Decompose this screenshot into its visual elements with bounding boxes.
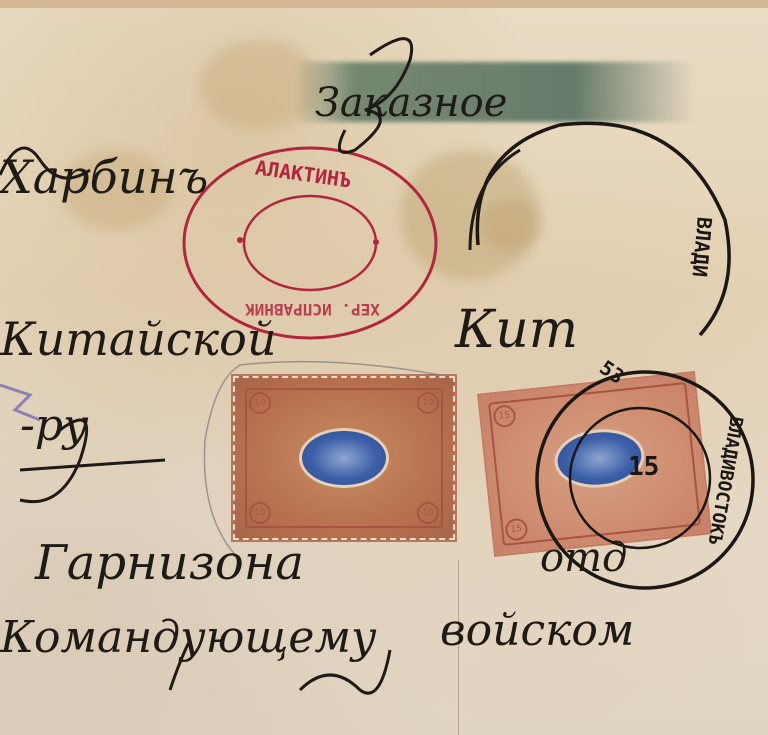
- postal-cover: 10 10 10 10 15 15 Заказное Харбинъ: [0, 0, 768, 735]
- address-line-commander: Командующему: [0, 612, 376, 663]
- cachet-bottom-text: ХЕР. ИСПРАВНИК: [245, 300, 380, 319]
- registered-mark: Заказное: [315, 80, 507, 126]
- postmark-date: 15: [628, 452, 659, 482]
- address-line-3: -ру: [20, 400, 89, 451]
- address-line-garrison-fragment: отд: [540, 535, 627, 581]
- address-line-garrison: Гарнизона: [35, 535, 304, 591]
- address-line-troops: войском: [440, 605, 634, 656]
- address-line-2-fragment: Кит: [455, 300, 578, 360]
- address-line-city: Харбинъ: [0, 150, 208, 204]
- address-line-2: Китайской: [0, 312, 276, 366]
